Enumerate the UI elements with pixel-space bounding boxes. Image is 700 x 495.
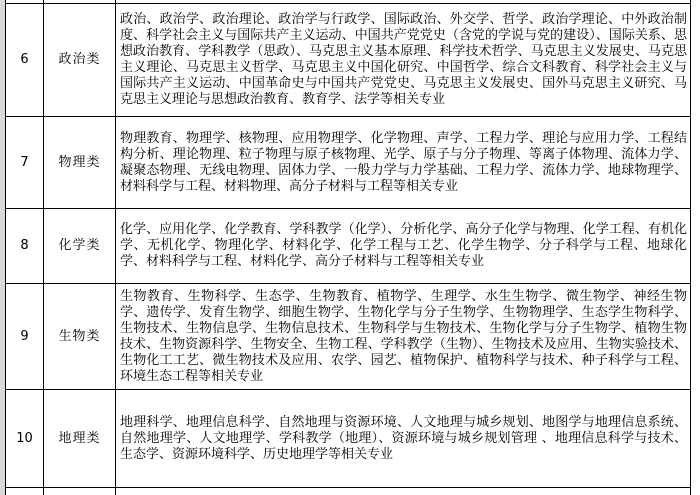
row-number: 7 <box>20 155 28 171</box>
category-cell: 生物类 <box>44 284 116 389</box>
row-number: 6 <box>20 52 28 68</box>
page: 6 政治类 政治、政治学、政治理论、政治学与行政学、国际政治、外交学、哲学、政治… <box>0 0 700 495</box>
row-number: 9 <box>20 329 28 345</box>
majors-cell: 生物教育、生物科学、生态学、生物教育、植物学、生理学、水生生物学、微生物学、神经… <box>116 284 691 389</box>
majors-text: 地理科学、地理信息科学、自然地理与资源环境、人文地理与城乡规划、地图学与地理信息… <box>120 415 687 463</box>
row-number-cell: 6 <box>6 4 44 116</box>
table-row: 10 地理类 地理科学、地理信息科学、自然地理与资源环境、人文地理与城乡规划、地… <box>6 390 691 488</box>
table-row: 8 化学类 化学、应用化学、化学教育、学科教学（化学）、分析化学、高分子化学与物… <box>6 209 691 284</box>
category-label: 地理类 <box>58 431 100 447</box>
category-cell: 政治类 <box>44 4 116 116</box>
row-number-cell <box>6 488 44 495</box>
row-number-cell: 8 <box>6 209 44 283</box>
category-cell: 化学类 <box>44 209 116 283</box>
row-number-cell: 7 <box>6 117 44 208</box>
majors-cell <box>116 488 691 495</box>
majors-cell: 政治、政治学、政治理论、政治学与行政学、国际政治、外交学、哲学、政治学理论、中外… <box>116 4 691 116</box>
category-cell: 地理类 <box>44 390 116 487</box>
category-cell: 物理类 <box>44 117 116 208</box>
row-number-cell <box>6 0 44 3</box>
row-number-cell: 10 <box>6 390 44 487</box>
table-row: 9 生物类 生物教育、生物科学、生态学、生物教育、植物学、生理学、水生生物学、微… <box>6 284 691 390</box>
table-row-partial-bottom <box>6 488 691 495</box>
category-label: 政治类 <box>58 52 100 68</box>
row-number: 10 <box>16 431 33 447</box>
table-row: 6 政治类 政治、政治学、政治理论、政治学与行政学、国际政治、外交学、哲学、政治… <box>6 4 691 117</box>
majors-category-table: 6 政治类 政治、政治学、政治理论、政治学与行政学、国际政治、外交学、哲学、政治… <box>5 0 691 495</box>
category-cell <box>44 488 116 495</box>
category-label: 化学类 <box>58 238 100 254</box>
majors-cell: 地理科学、地理信息科学、自然地理与资源环境、人文地理与城乡规划、地图学与地理信息… <box>116 390 691 487</box>
category-cell <box>44 0 116 3</box>
row-number-cell: 9 <box>6 284 44 389</box>
majors-text: 物理教育、物理学、核物理、应用物理学、化学物理、声学、工程力学、理论与应用力学、… <box>120 131 687 195</box>
row-number: 8 <box>20 238 28 254</box>
majors-text: 政治、政治学、政治理论、政治学与行政学、国际政治、外交学、哲学、政治学理论、中外… <box>120 12 687 108</box>
majors-text: 化学、应用化学、化学教育、学科教学（化学）、分析化学、高分子化学与物理、化学工程… <box>120 222 687 270</box>
category-label: 物理类 <box>58 155 100 171</box>
category-label: 生物类 <box>58 329 100 345</box>
majors-text: 生物教育、生物科学、生态学、生物教育、植物学、生理学、水生生物学、微生物学、神经… <box>120 289 687 385</box>
table-row: 7 物理类 物理教育、物理学、核物理、应用物理学、化学物理、声学、工程力学、理论… <box>6 117 691 209</box>
majors-cell: 物理教育、物理学、核物理、应用物理学、化学物理、声学、工程力学、理论与应用力学、… <box>116 117 691 208</box>
majors-cell: 化学、应用化学、化学教育、学科教学（化学）、分析化学、高分子化学与物理、化学工程… <box>116 209 691 283</box>
